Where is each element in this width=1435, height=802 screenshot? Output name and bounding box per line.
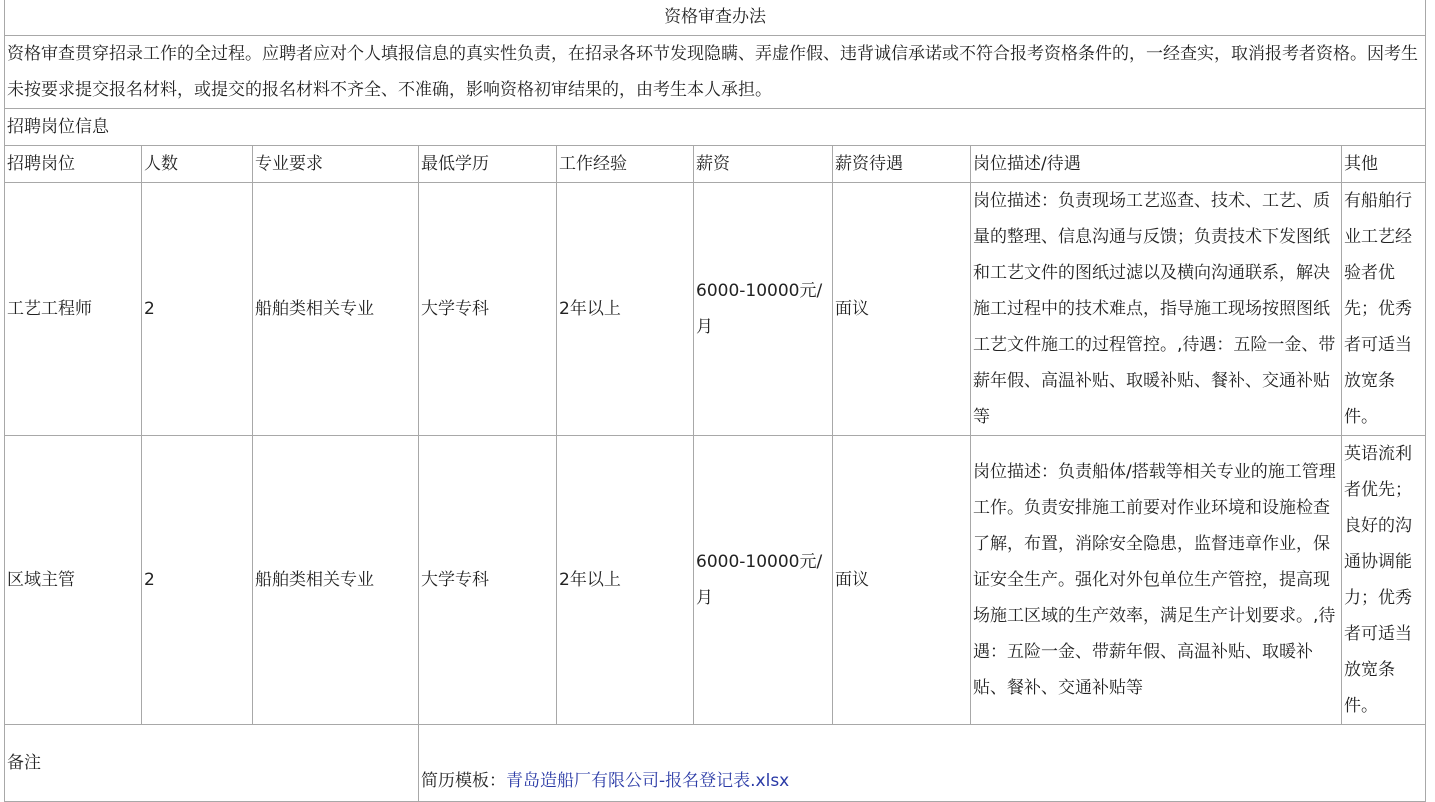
cell-other: 英语流利者优先；良好的沟通协调能力；优秀者可适当放宽条件。: [1342, 436, 1426, 725]
cell-experience: 2年以上: [557, 183, 694, 436]
resume-template-link[interactable]: 青岛造船厂有限公司-报名登记表.xlsx: [506, 771, 789, 791]
resume-template-cell: 简历模板：青岛造船厂有限公司-报名登记表.xlsx: [419, 725, 1426, 801]
intro-text: 资格审查贯穿招录工作的全过程。应聘者应对个人填报信息的真实性负责，在招录各环节发…: [5, 36, 1426, 109]
cell-description: 岗位描述：负责现场工艺巡查、技术、工艺、质量的整理、信息沟通与反馈；负责技术下发…: [971, 183, 1342, 436]
cell-education: 大学专科: [419, 183, 557, 436]
cell-education: 大学专科: [419, 436, 557, 725]
cell-position: 区域主管: [5, 436, 142, 725]
cell-salary: 6000-10000元/月: [694, 436, 833, 725]
table-row: 工艺工程师 2 船舶类相关专业 大学专科 2年以上 6000-10000元/月 …: [5, 183, 1426, 436]
column-header-other: 其他: [1342, 146, 1426, 183]
cell-other: 有船舶行业工艺经验者优先；优秀者可适当放宽条件。: [1342, 183, 1426, 436]
table-row: 区域主管 2 船舶类相关专业 大学专科 2年以上 6000-10000元/月 面…: [5, 436, 1426, 725]
table-header-row: 招聘岗位 人数 专业要求 最低学历 工作经验 薪资 薪资待遇 岗位描述/待遇 其…: [5, 146, 1426, 183]
column-header-salary: 薪资: [694, 146, 833, 183]
page-title: 资格审查办法: [5, 0, 1426, 36]
cell-count: 2: [142, 183, 253, 436]
column-header-position: 招聘岗位: [5, 146, 142, 183]
cell-benefits: 面议: [833, 436, 971, 725]
cell-major: 船舶类相关专业: [253, 183, 419, 436]
resume-template-prefix: 简历模板：: [421, 771, 506, 791]
column-header-major: 专业要求: [253, 146, 419, 183]
recruitment-table: 资格审查办法 资格审查贯穿招录工作的全过程。应聘者应对个人填报信息的真实性负责，…: [4, 0, 1426, 800]
column-header-benefits: 薪资待遇: [833, 146, 971, 183]
cell-major: 船舶类相关专业: [253, 436, 419, 725]
cell-benefits: 面议: [833, 183, 971, 436]
column-header-experience: 工作经验: [557, 146, 694, 183]
column-header-education: 最低学历: [419, 146, 557, 183]
notes-label: 备注: [5, 725, 419, 801]
column-header-description: 岗位描述/待遇: [971, 146, 1342, 183]
cell-position: 工艺工程师: [5, 183, 142, 436]
cell-salary: 6000-10000元/月: [694, 183, 833, 436]
section-title: 招聘岗位信息: [5, 109, 1426, 146]
cell-experience: 2年以上: [557, 436, 694, 725]
cell-description: 岗位描述：负责船体/搭载等相关专业的施工管理工作。负责安排施工前要对作业环境和设…: [971, 436, 1342, 725]
column-header-count: 人数: [142, 146, 253, 183]
cell-count: 2: [142, 436, 253, 725]
notes-row: 备注 简历模板：青岛造船厂有限公司-报名登记表.xlsx: [5, 725, 1426, 801]
